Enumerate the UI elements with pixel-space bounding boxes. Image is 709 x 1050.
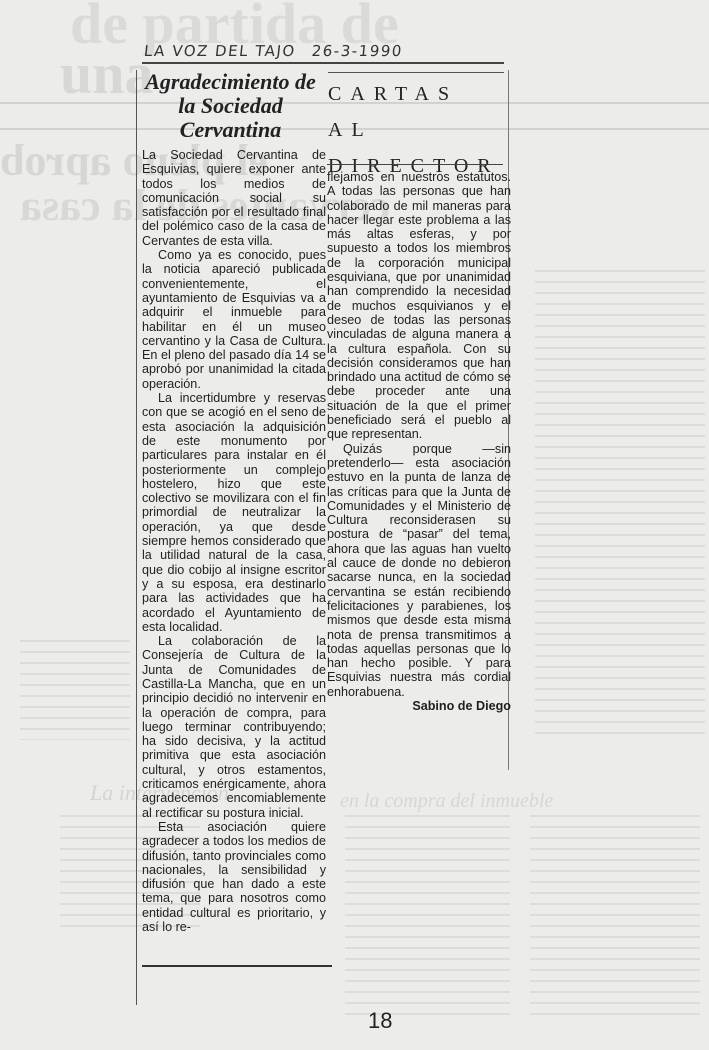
bleedthrough-column <box>530 815 700 1015</box>
paragraph: La Sociedad Cervantina de Esquivias, qui… <box>142 148 326 248</box>
top-rule <box>142 62 504 64</box>
section-rubric: CARTAS AL DIRECTOR <box>328 76 504 184</box>
headline-line: la Sociedad <box>138 94 323 118</box>
paragraph: La colaboración de la Consejería de Cult… <box>142 634 326 820</box>
headline-line: Agradecimiento de <box>138 70 323 94</box>
column-end-rule <box>142 965 332 967</box>
newspaper-clipping: LA VOZ DEL TAJO26-3-1990 Agradecimiento … <box>132 40 510 980</box>
source-date: 26-3-1990 <box>311 42 404 60</box>
column-2-top-rule <box>327 164 503 165</box>
headline-line: Cervantina <box>138 118 323 142</box>
paragraph: La incertidumbre y reservas con que se a… <box>142 391 326 634</box>
handwritten-source-note: LA VOZ DEL TAJO26-3-1990 <box>143 42 404 60</box>
article-column-1: La Sociedad Cervantina de Esquivias, qui… <box>142 148 326 934</box>
paragraph: Quizás porque —sin pretenderlo— esta aso… <box>327 442 511 699</box>
rubric-top-rule <box>328 72 504 73</box>
bleedthrough-column <box>535 270 705 740</box>
left-border-rule <box>136 70 137 1005</box>
source-name: LA VOZ DEL TAJO <box>143 42 297 60</box>
author-signature: Sabino de Diego <box>327 699 511 713</box>
paragraph: Esta asociación quiere agradecer a todos… <box>142 820 326 934</box>
paragraph: Como ya es conocido, pues la noticia apa… <box>142 248 326 391</box>
paragraph: flejamos en nuestros estatutos. A todas … <box>327 170 511 442</box>
page-number: 18 <box>368 1008 392 1034</box>
article-column-2: flejamos en nuestros estatutos. A todas … <box>327 170 511 713</box>
rubric-line: CARTAS AL <box>328 76 504 148</box>
article-headline: Agradecimiento de la Sociedad Cervantina <box>138 70 323 142</box>
bleedthrough-column <box>20 640 130 740</box>
